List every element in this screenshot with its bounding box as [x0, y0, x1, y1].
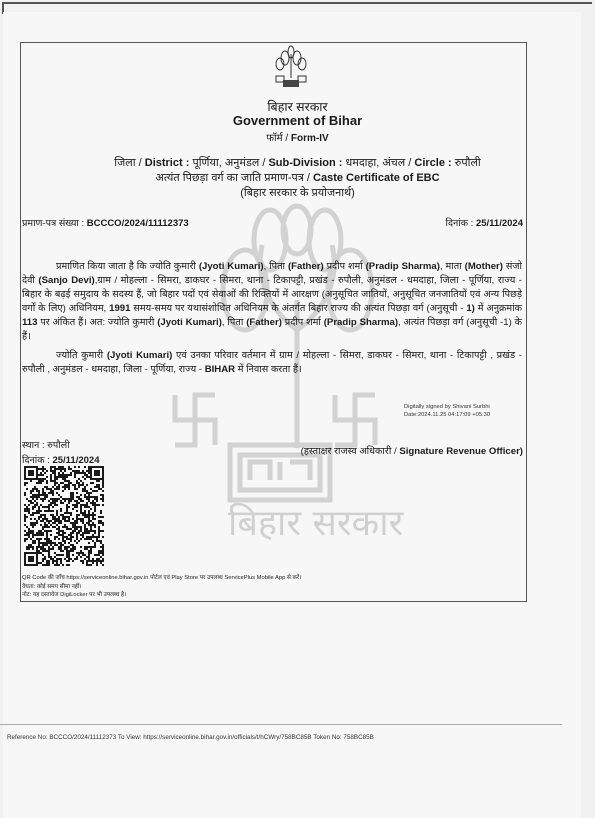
digital-signer: Digitally signed by Shivani Surbhi	[404, 403, 490, 411]
certificate-body-paragraph-1: प्रमाणित किया जाता है कि ज्योति कुमारी (…	[22, 260, 522, 344]
qr-code-icon[interactable]	[24, 466, 104, 566]
qr-verification-note: QR Code की जाँच https://serviceonline.bi…	[22, 574, 301, 600]
footer-divider	[0, 724, 562, 725]
scan-edge-top	[2, 2, 592, 4]
bihar-emblem-icon	[263, 42, 319, 96]
digital-signature-block: Digitally signed by Shivani Surbhi Date:…	[404, 403, 490, 419]
signature-label: (हस्ताक्षर राजस्व अधिकारी / Signature Re…	[301, 444, 523, 457]
issue-place-date: स्थान : रुपौली दिनांक : 25/11/2024	[22, 438, 100, 468]
issue-place: स्थान : रुपौली	[22, 438, 100, 453]
govt-title-english: Government of Bihar	[0, 113, 595, 128]
footer-reference: Reference No: BCCCO/2024/11112373 To Vie…	[7, 734, 374, 741]
certificate-number: प्रमाण-पत्र संख्या : BCCCO/2024/11112373	[22, 216, 189, 229]
certificate-body-paragraph-2: ज्योति कुमारी (Jyoti Kumari) एवं उनका पर…	[22, 349, 522, 377]
certificate-purpose: (बिहार सरकार के प्रयोजनार्थ)	[0, 185, 595, 200]
digital-sign-date: Date:2024.11.25 04:17:09 +05:30	[404, 411, 490, 419]
certificate-type: अत्यंत पिछड़ा वर्ग का जाति प्रमाण-पत्र /…	[0, 170, 595, 185]
location-line: जिला / District : पूर्णिया, अनुमंडल / Su…	[0, 155, 595, 170]
certificate-date: दिनांक : 25/11/2024	[446, 216, 524, 229]
form-title: फॉर्म / Form-IV	[0, 130, 595, 144]
